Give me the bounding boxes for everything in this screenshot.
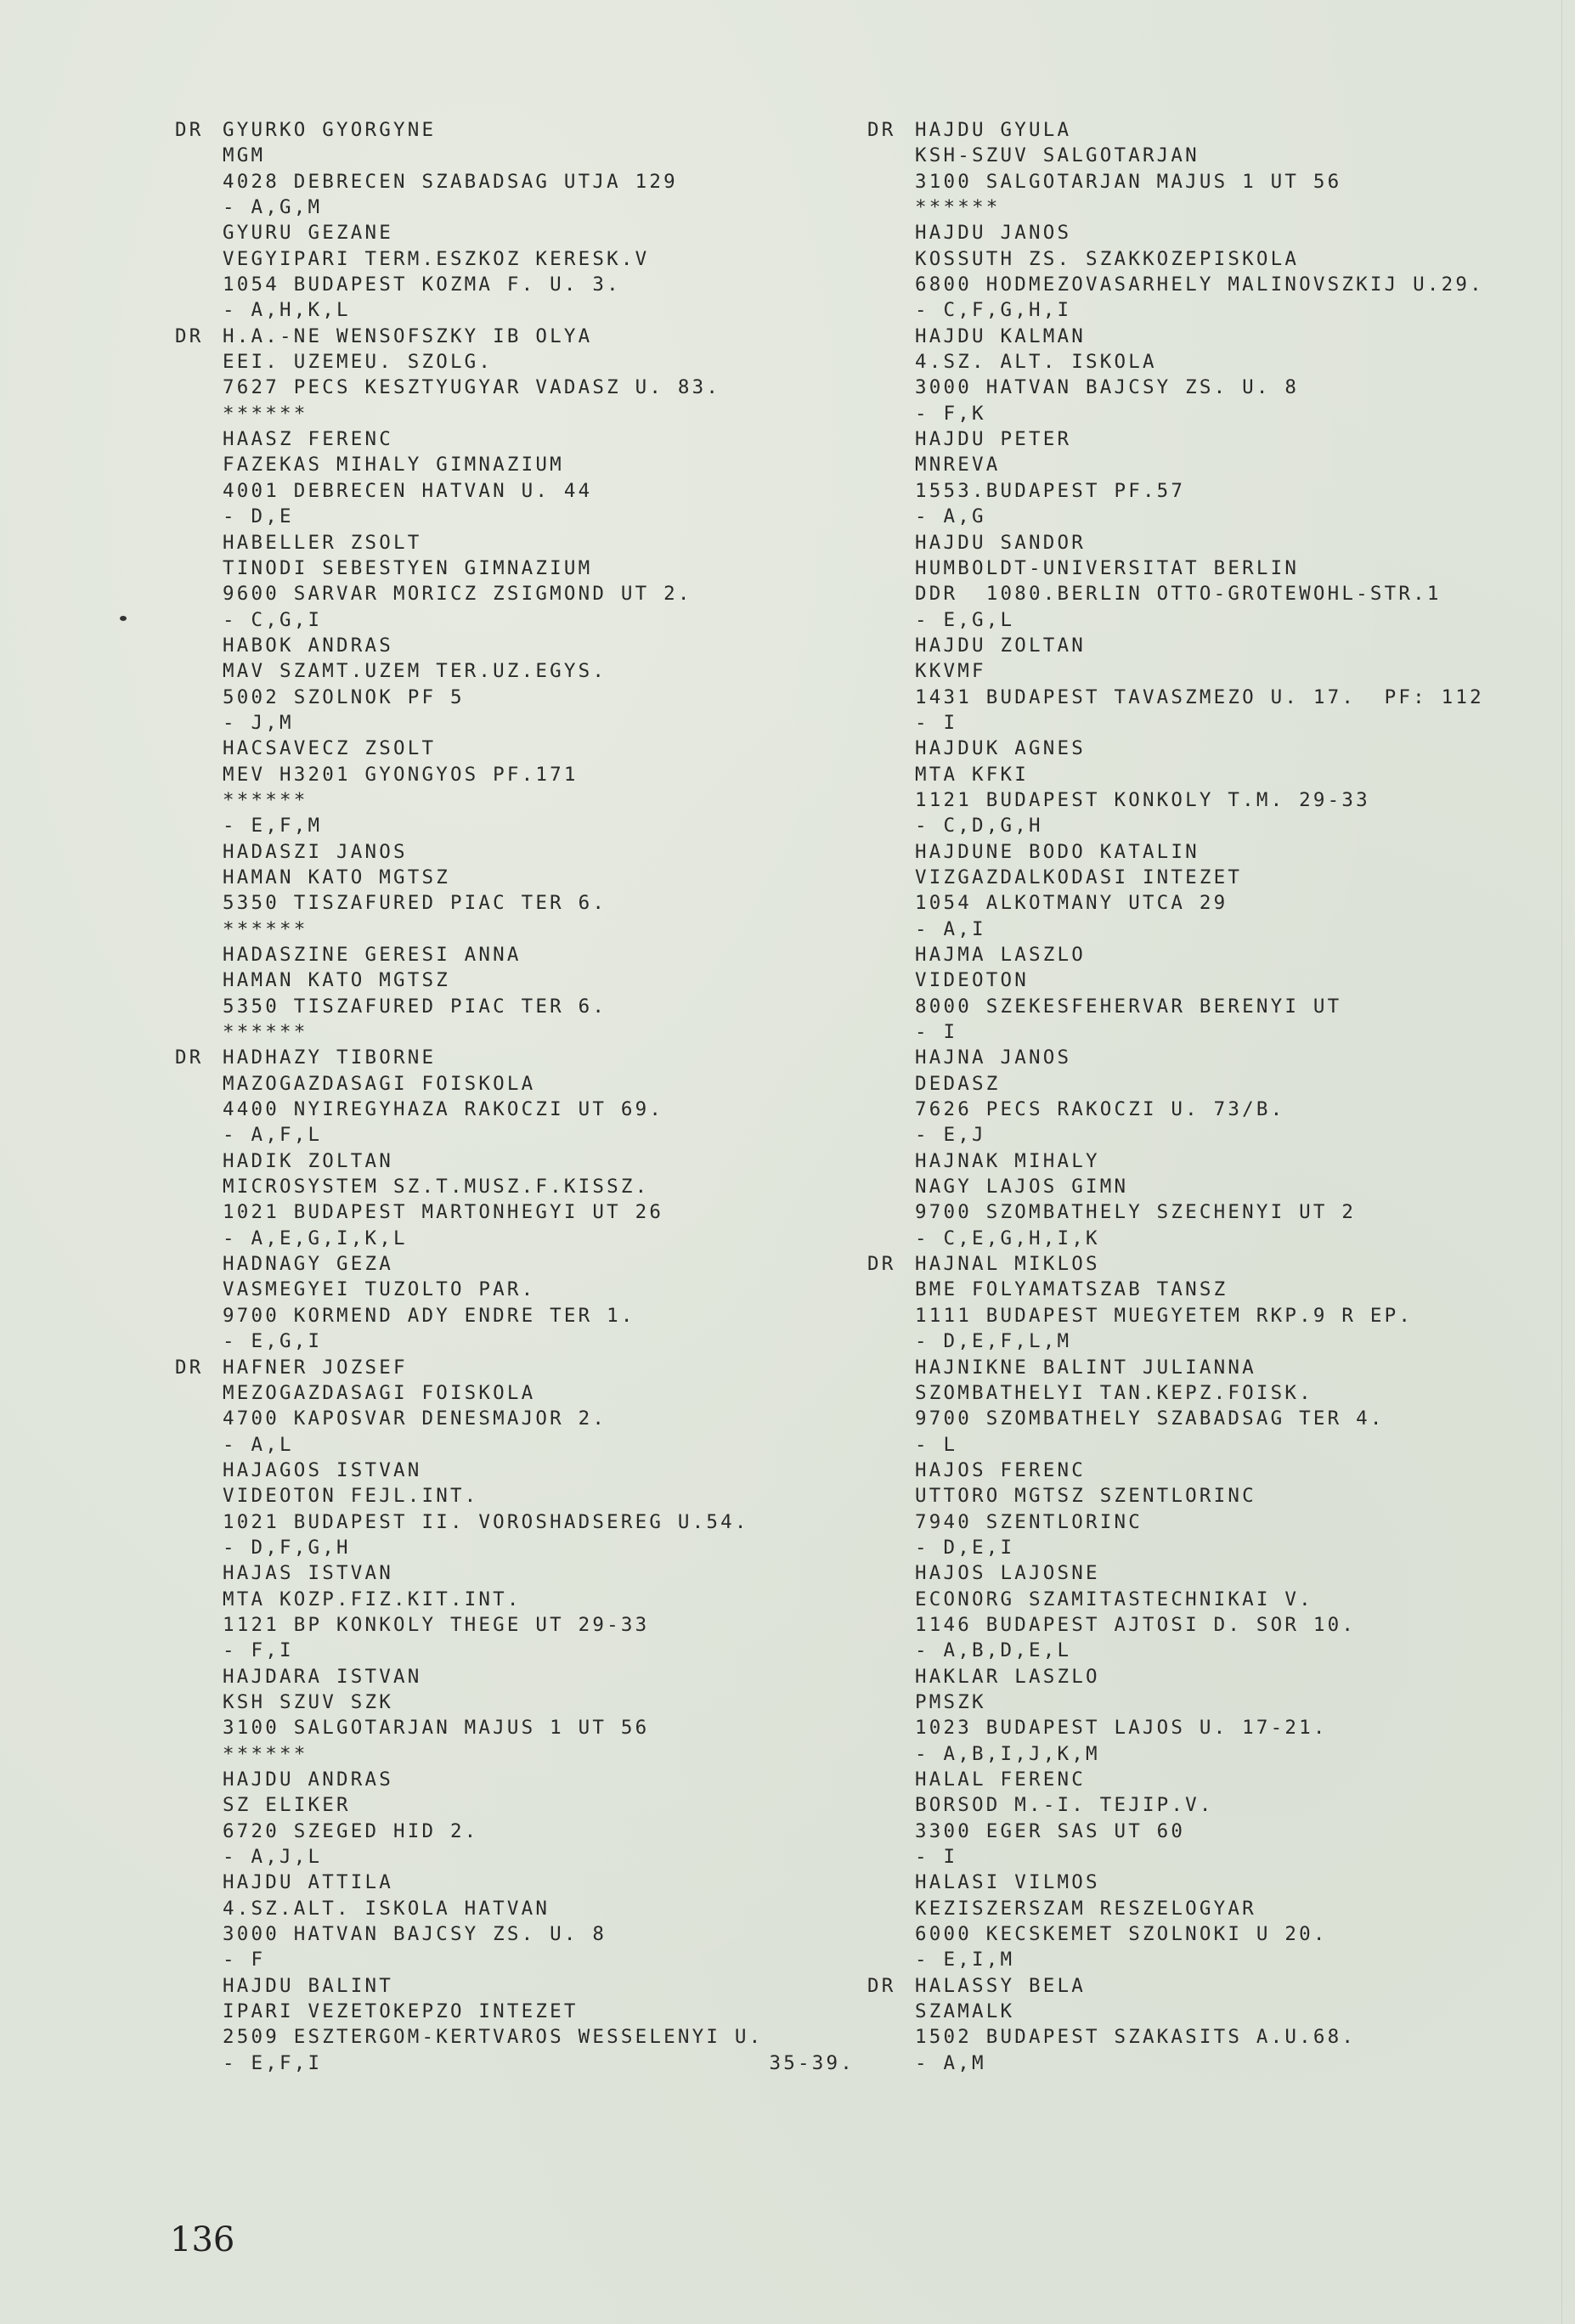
- organization: VASMEGYEI TUZOLTO PAR.: [175, 1277, 855, 1302]
- directory-entry: HADASZINE GERESI ANNAHAMAN KATO MGTSZ535…: [175, 942, 855, 1045]
- organization: VIDEOTON FEJL.INT.: [175, 1483, 855, 1509]
- organization: HAMAN KATO MGTSZ: [175, 967, 855, 993]
- entry-name: HAJDU BALINT: [175, 1973, 855, 1999]
- interest-codes: - I: [867, 1019, 1572, 1045]
- organization: TINODI SEBESTYEN GIMNAZIUM: [175, 556, 855, 581]
- interest-codes: - D,E,I: [867, 1535, 1572, 1560]
- entry-name: HAJDU PETER: [867, 426, 1572, 452]
- organization: MNREVA: [867, 452, 1572, 477]
- entry-name: HACSAVECZ ZSOLT: [175, 736, 855, 761]
- entry-name: HADIK ZOLTAN: [175, 1148, 855, 1174]
- entry-name: DRHAJDU GYULA: [867, 117, 1572, 143]
- entry-name: HAJDU KALMAN: [867, 324, 1572, 349]
- person-name: HALAL FERENC: [915, 1768, 1086, 1791]
- postal-address: 6720 SZEGED HID 2.: [175, 1819, 855, 1844]
- organization: MEV H3201 GYONGYOS PF.171: [175, 762, 855, 787]
- interest-codes: - A,M: [867, 2050, 1572, 2076]
- organization: MEZOGAZDASAGI FOISKOLA: [175, 1380, 855, 1406]
- postal-address: 4001 DEBRECEN HATVAN U. 44: [175, 478, 855, 504]
- codes-text: - D,F,G,H: [223, 1537, 351, 1559]
- codes-text: ******: [223, 403, 308, 425]
- title-prefix: DR: [175, 1045, 204, 1070]
- organization: 4.SZ.ALT. ISKOLA HATVAN: [175, 1896, 855, 1921]
- person-name: HAJDU PETER: [915, 428, 1071, 450]
- entry-name: HABOK ANDRAS: [175, 633, 855, 658]
- postal-address: 1431 BUDAPEST TAVASZMEZO U. 17. PF: 112: [867, 685, 1572, 710]
- organization: PMSZK: [867, 1689, 1572, 1715]
- interest-codes: ******: [175, 1019, 855, 1045]
- postal-address: 1054 ALKOTMANY UTCA 29: [867, 890, 1572, 916]
- postal-address: 2509 ESZTERGOM-KERTVAROS WESSELENYI U.: [175, 2024, 855, 2050]
- person-name: HADASZI JANOS: [223, 841, 408, 863]
- postal-address: 7627 PECS KESZTYUGYAR VADASZ U. 83.: [175, 375, 855, 400]
- codes-text: ******: [223, 1021, 308, 1043]
- organization: VIDEOTON: [867, 967, 1572, 993]
- codes-text: - A,H,K,L: [223, 299, 351, 321]
- person-name: HAJNA JANOS: [915, 1046, 1071, 1069]
- codes-text: - E,F,I: [223, 2052, 322, 2074]
- directory-entry: HAJDU PETERMNREVA1553.BUDAPEST PF.57- A,…: [867, 426, 1572, 529]
- postal-address: 7626 PECS RAKOCZI U. 73/B.: [867, 1097, 1572, 1122]
- codes-text: - I: [915, 712, 957, 734]
- codes-text: - J,M: [223, 712, 294, 734]
- postal-address: 1021 BUDAPEST MARTONHEGYI UT 26: [175, 1199, 855, 1225]
- entry-name: HAJNAK MIHALY: [867, 1148, 1572, 1174]
- entry-name: HAJOS FERENC: [867, 1458, 1572, 1483]
- postal-address: 5350 TISZAFURED PIAC TER 6.: [175, 994, 855, 1019]
- interest-codes: - I: [867, 710, 1572, 736]
- interest-codes: ******: [867, 195, 1572, 220]
- directory-entry: HAJDU ATTILA4.SZ.ALT. ISKOLA HATVAN3000 …: [175, 1870, 855, 1972]
- codes-text: - A,B,D,E,L: [915, 1639, 1071, 1661]
- entry-name: HAJDU ATTILA: [175, 1870, 855, 1895]
- entry-name: HAJDUK AGNES: [867, 736, 1572, 761]
- person-name: HAJDU SANDOR: [915, 532, 1086, 554]
- entry-name: DRH.A.-NE WENSOFSZKY IB OLYA: [175, 324, 855, 349]
- directory-entry: HAJNA JANOSDEDASZ7626 PECS RAKOCZI U. 73…: [867, 1045, 1572, 1148]
- entry-name: DRHADHAZY TIBORNE: [175, 1045, 855, 1070]
- interest-codes: - A,F,L: [175, 1122, 855, 1148]
- person-name: HAJDU KALMAN: [915, 325, 1086, 347]
- person-name: HAJNIKNE BALINT JULIANNA: [915, 1357, 1256, 1379]
- entry-name: HADNAGY GEZA: [175, 1251, 855, 1277]
- title-prefix: DR: [175, 117, 204, 143]
- organization: BORSOD M.-I. TEJIP.V.: [867, 1792, 1572, 1818]
- codes-text: - E,F,M: [223, 815, 322, 837]
- left-column: DRGYURKO GYORGYNEMGM4028 DEBRECEN SZABAD…: [175, 117, 855, 2076]
- directory-entry: HAJAS ISTVANMTA KOZP.FIZ.KIT.INT.1121 BP…: [175, 1560, 855, 1663]
- person-name: HAJNAK MIHALY: [915, 1150, 1100, 1172]
- codes-text: - I: [915, 1846, 957, 1868]
- organization: MAZOGAZDASAGI FOISKOLA: [175, 1071, 855, 1097]
- codes-text: - A,M: [915, 2052, 986, 2074]
- person-name: HAKLAR LASZLO: [915, 1666, 1100, 1688]
- right-column: DRHAJDU GYULAKSH-SZUV SALGOTARJAN3100 SA…: [867, 117, 1572, 2076]
- organization: KOSSUTH ZS. SZAKKOZEPISKOLA: [867, 246, 1572, 272]
- postal-address: 9700 KORMEND ADY ENDRE TER 1.: [175, 1303, 855, 1328]
- postal-address: 1054 BUDAPEST KOZMA F. U. 3.: [175, 272, 855, 297]
- organization: KEZISZERSZAM RESZELOGYAR: [867, 1896, 1572, 1921]
- codes-text: - C,G,I: [223, 609, 322, 631]
- directory-entry: HAJDUK AGNESMTA KFKI1121 BUDAPEST KONKOL…: [867, 736, 1572, 838]
- person-name: HALASI VILMOS: [915, 1871, 1100, 1893]
- directory-entry: HAJDU BALINTIPARI VEZETOKEPZO INTEZET250…: [175, 1973, 855, 2076]
- person-name: HAJDUK AGNES: [915, 737, 1086, 759]
- interest-codes: ******: [175, 1741, 855, 1767]
- postal-address: 1111 BUDAPEST MUEGYETEM RKP.9 R EP.: [867, 1303, 1572, 1328]
- directory-entry: HAASZ FERENCFAZEKAS MIHALY GIMNAZIUM4001…: [175, 426, 855, 529]
- organization: MICROSYSTEM SZ.T.MUSZ.F.KISSZ.: [175, 1174, 855, 1199]
- directory-entry: HAJDU ZOLTANKKVMF1431 BUDAPEST TAVASZMEZ…: [867, 633, 1572, 736]
- person-name: HAJAGOS ISTVAN: [223, 1459, 421, 1481]
- directory-page: DRGYURKO GYORGYNEMGM4028 DEBRECEN SZABAD…: [0, 0, 1575, 2324]
- postal-address: ******: [175, 787, 855, 813]
- organization: EEI. UZEMEU. SZOLG.: [175, 349, 855, 375]
- organization: SZAMALK: [867, 1999, 1572, 2024]
- person-name: HAJDARA ISTVAN: [223, 1666, 421, 1688]
- entry-name: HAJDUNE BODO KATALIN: [867, 839, 1572, 865]
- directory-entry: DRGYURKO GYORGYNEMGM4028 DEBRECEN SZABAD…: [175, 117, 855, 220]
- interest-codes: - C,D,G,H: [867, 813, 1572, 838]
- codes-text: - E,I,M: [915, 1949, 1014, 1971]
- person-name: HAJDU JANOS: [915, 222, 1071, 244]
- interest-codes: - C,G,I: [175, 607, 855, 633]
- person-name: HAJDU ZOLTAN: [915, 635, 1086, 657]
- entry-name: HAASZ FERENC: [175, 426, 855, 452]
- entry-name: HAJDU JANOS: [867, 220, 1572, 245]
- postal-address: 9700 SZOMBATHELY SZABADSAG TER 4.: [867, 1406, 1572, 1431]
- codes-text: - A,G,M: [223, 196, 322, 218]
- interest-codes: - F: [175, 1947, 855, 1972]
- person-name: GYURKO GYORGYNE: [223, 119, 436, 141]
- person-name: HADASZINE GERESI ANNA: [223, 944, 522, 966]
- interest-codes: ******: [175, 401, 855, 426]
- directory-entry: HAJDU SANDORHUMBOLDT-UNIVERSITAT BERLIND…: [867, 530, 1572, 633]
- codes-text: - A,L: [223, 1434, 294, 1456]
- interest-codes: - E,G,I: [175, 1328, 855, 1354]
- codes-text: - A,J,L: [223, 1846, 322, 1868]
- person-name: HAJDU BALINT: [223, 1975, 393, 1997]
- interest-codes: - E,F,I35-39.: [175, 2050, 855, 2076]
- postal-address: 5350 TISZAFURED PIAC TER 6.: [175, 890, 855, 916]
- directory-entry: DRHAJNAL MIKLOSBME FOLYAMATSZAB TANSZ111…: [867, 1251, 1572, 1354]
- entry-name: DRHAFNER JOZSEF: [175, 1355, 855, 1380]
- person-name: HAJDU ANDRAS: [223, 1768, 393, 1791]
- person-name: HAJAS ISTVAN: [223, 1562, 393, 1584]
- directory-entry: DRHADHAZY TIBORNEMAZOGAZDASAGI FOISKOLA4…: [175, 1045, 855, 1148]
- organization: BME FOLYAMATSZAB TANSZ: [867, 1277, 1572, 1302]
- codes-text: ******: [223, 1743, 308, 1765]
- entry-name: DRHAJNAL MIKLOS: [867, 1251, 1572, 1277]
- person-name: HADIK ZOLTAN: [223, 1150, 393, 1172]
- directory-entry: DRHAJDU GYULAKSH-SZUV SALGOTARJAN3100 SA…: [867, 117, 1572, 220]
- title-prefix: DR: [867, 1251, 896, 1277]
- postal-address: 9700 SZOMBATHELY SZECHENYI UT 2: [867, 1199, 1572, 1225]
- person-name: HADNAGY GEZA: [223, 1253, 393, 1275]
- postal-address: 3300 EGER SAS UT 60: [867, 1819, 1572, 1844]
- postal-address: 5002 SZOLNOK PF 5: [175, 685, 855, 710]
- postal-address: 1502 BUDAPEST SZAKASITS A.U.68.: [867, 2024, 1572, 2050]
- directory-entry: HAJOS FERENCUTTORO MGTSZ SZENTLORINC7940…: [867, 1458, 1572, 1560]
- organization: KSH-SZUV SALGOTARJAN: [867, 143, 1572, 168]
- title-prefix: DR: [867, 1973, 896, 1999]
- entry-name: HAJNIKNE BALINT JULIANNA: [867, 1355, 1572, 1380]
- postal-address: 1146 BUDAPEST AJTOSI D. SOR 10.: [867, 1612, 1572, 1638]
- codes-text: - C,D,G,H: [915, 815, 1043, 837]
- interest-codes: - D,E,F,L,M: [867, 1328, 1572, 1354]
- entry-name: DRHALASSY BELA: [867, 1973, 1572, 1999]
- postal-address: 3000 HATVAN BAJCSY ZS. U. 8: [867, 375, 1572, 400]
- organization: VEGYIPARI TERM.ESZKOZ KERESK.V: [175, 246, 855, 272]
- directory-entry: DRHAFNER JOZSEFMEZOGAZDASAGI FOISKOLA470…: [175, 1355, 855, 1458]
- organization: UTTORO MGTSZ SZENTLORINC: [867, 1483, 1572, 1509]
- postal-address: 3100 SALGOTARJAN MAJUS 1 UT 56: [175, 1715, 855, 1740]
- interest-codes: - A,G: [867, 504, 1572, 529]
- person-name: HACSAVECZ ZSOLT: [223, 737, 436, 759]
- organization: SZOMBATHELYI TAN.KEPZ.FOISK.: [867, 1380, 1572, 1406]
- directory-entry: DRHALASSY BELASZAMALK1502 BUDAPEST SZAKA…: [867, 1973, 1572, 2076]
- interest-codes: - J,M: [175, 710, 855, 736]
- postal-address: 6800 HODMEZOVASARHELY MALINOVSZKIJ U.29.: [867, 272, 1572, 297]
- person-name: HADHAZY TIBORNE: [223, 1046, 436, 1069]
- interest-codes: - F,I: [175, 1638, 855, 1663]
- organization: KSH SZUV SZK: [175, 1689, 855, 1715]
- interest-codes: - A,B,D,E,L: [867, 1638, 1572, 1663]
- entry-name: HAJNA JANOS: [867, 1045, 1572, 1070]
- interest-codes: - A,L: [175, 1432, 855, 1458]
- postal-address: 9600 SARVAR MORICZ ZSIGMOND UT 2.: [175, 581, 855, 606]
- codes-text: - F,I: [223, 1639, 294, 1661]
- organization: ECONORG SZAMITASTECHNIKAI V.: [867, 1587, 1572, 1612]
- interest-codes: - D,F,G,H: [175, 1535, 855, 1560]
- interest-codes: - I: [867, 1844, 1572, 1870]
- interest-codes: - A,I: [867, 917, 1572, 942]
- organization: MTA KFKI: [867, 762, 1572, 787]
- entry-name: HAJMA LASZLO: [867, 942, 1572, 967]
- entry-name: HALAL FERENC: [867, 1767, 1572, 1792]
- codes-text: - D,E,I: [915, 1537, 1014, 1559]
- codes-text: - A,G: [915, 505, 986, 527]
- codes-text: - F,K: [915, 403, 986, 425]
- person-name: HAJOS FERENC: [915, 1459, 1086, 1481]
- directory-entry: HAJNAK MIHALYNAGY LAJOS GIMN9700 SZOMBAT…: [867, 1148, 1572, 1251]
- directory-entry: HAJNIKNE BALINT JULIANNASZOMBATHELYI TAN…: [867, 1355, 1572, 1458]
- ink-mark: [120, 616, 127, 621]
- directory-entry: HAJDUNE BODO KATALINVIZGAZDALKODASI INTE…: [867, 839, 1572, 942]
- title-prefix: DR: [175, 1355, 204, 1380]
- entry-name: HAJAS ISTVAN: [175, 1560, 855, 1586]
- person-name: HABOK ANDRAS: [223, 635, 393, 657]
- organization: MTA KOZP.FIZ.KIT.INT.: [175, 1587, 855, 1612]
- organization: HAMAN KATO MGTSZ: [175, 865, 855, 890]
- entry-name: DRGYURKO GYORGYNE: [175, 117, 855, 143]
- directory-entry: HACSAVECZ ZSOLTMEV H3201 GYONGYOS PF.171…: [175, 736, 855, 838]
- person-name: HAJOS LAJOSNE: [915, 1562, 1100, 1584]
- interest-codes: - A,E,G,I,K,L: [175, 1226, 855, 1251]
- directory-entry: HAJAGOS ISTVANVIDEOTON FEJL.INT.1021 BUD…: [175, 1458, 855, 1560]
- codes-text: - L: [915, 1434, 957, 1456]
- interest-codes: - E,J: [867, 1122, 1572, 1148]
- organization: NAGY LAJOS GIMN: [867, 1174, 1572, 1199]
- interest-codes: - A,G,M: [175, 195, 855, 220]
- directory-entry: HAJDU KALMAN4.SZ. ALT. ISKOLA3000 HATVAN…: [867, 324, 1572, 426]
- person-name: HABELLER ZSOLT: [223, 532, 421, 554]
- codes-text: - F: [223, 1949, 265, 1971]
- organization: DEDASZ: [867, 1071, 1572, 1097]
- directory-entry: HAKLAR LASZLOPMSZK1023 BUDAPEST LAJOS U.…: [867, 1664, 1572, 1767]
- codes-text: - I: [915, 1021, 957, 1043]
- interest-codes: - A,H,K,L: [175, 297, 855, 323]
- person-name: HAJDU GYULA: [915, 119, 1071, 141]
- organization: MAV SZAMT.UZEM TER.UZ.EGYS.: [175, 658, 855, 684]
- entry-name: HADASZINE GERESI ANNA: [175, 942, 855, 967]
- interest-codes: - E,I,M: [867, 1947, 1572, 1972]
- postal-address: 3000 HATVAN BAJCSY ZS. U. 8: [175, 1921, 855, 1947]
- organization: 4.SZ. ALT. ISKOLA: [867, 349, 1572, 375]
- codes-text: - C,E,G,H,I,K: [915, 1227, 1100, 1249]
- organization: MGM: [175, 143, 855, 168]
- interest-codes: - C,F,G,H,I: [867, 297, 1572, 323]
- interest-codes: - E,F,M: [175, 813, 855, 838]
- postal-address: 8000 SZEKESFEHERVAR BERENYI UT: [867, 994, 1572, 1019]
- entry-name: HAJDU SANDOR: [867, 530, 1572, 556]
- codes-text: - E,G,L: [915, 609, 1014, 631]
- entry-name: HAJDU ANDRAS: [175, 1767, 855, 1792]
- directory-entry: HADNAGY GEZAVASMEGYEI TUZOLTO PAR.9700 K…: [175, 1251, 855, 1354]
- directory-entry: HAJDARA ISTVANKSH SZUV SZK3100 SALGOTARJ…: [175, 1664, 855, 1767]
- person-name: GYURU GEZANE: [223, 222, 393, 244]
- codes-text: ******: [223, 918, 308, 940]
- person-name: HAJDU ATTILA: [223, 1871, 393, 1893]
- entry-name: GYURU GEZANE: [175, 220, 855, 245]
- entry-name: HAJDU ZOLTAN: [867, 633, 1572, 658]
- directory-entry: HAJMA LASZLOVIDEOTON8000 SZEKESFEHERVAR …: [867, 942, 1572, 1045]
- postal-address: 4700 KAPOSVAR DENESMAJOR 2.: [175, 1406, 855, 1431]
- directory-entry: HADIK ZOLTANMICROSYSTEM SZ.T.MUSZ.F.KISS…: [175, 1148, 855, 1251]
- directory-entry: GYURU GEZANEVEGYIPARI TERM.ESZKOZ KERESK…: [175, 220, 855, 323]
- interest-codes: - E,G,L: [867, 607, 1572, 633]
- interest-codes: ******: [175, 917, 855, 942]
- person-name: HAJNAL MIKLOS: [915, 1253, 1100, 1275]
- directory-entry: HAJDU ANDRASSZ ELIKER6720 SZEGED HID 2.-…: [175, 1767, 855, 1870]
- organization: IPARI VEZETOKEPZO INTEZET: [175, 1999, 855, 2024]
- codes-text: - D,E,F,L,M: [915, 1330, 1071, 1352]
- entry-name: HADASZI JANOS: [175, 839, 855, 865]
- organization: VIZGAZDALKODASI INTEZET: [867, 865, 1572, 890]
- directory-entry: HADASZI JANOSHAMAN KATO MGTSZ5350 TISZAF…: [175, 839, 855, 942]
- directory-entry: HABOK ANDRASMAV SZAMT.UZEM TER.UZ.EGYS.5…: [175, 633, 855, 736]
- organization: FAZEKAS MIHALY GIMNAZIUM: [175, 452, 855, 477]
- title-prefix: DR: [175, 324, 204, 349]
- codes-text: ******: [915, 196, 1000, 218]
- postal-address: 3100 SALGOTARJAN MAJUS 1 UT 56: [867, 169, 1572, 195]
- codes-text: - A,F,L: [223, 1124, 322, 1146]
- interest-codes: - D,E: [175, 504, 855, 529]
- postal-address: 1121 BUDAPEST KONKOLY T.M. 29-33: [867, 787, 1572, 813]
- entry-name: HAJAGOS ISTVAN: [175, 1458, 855, 1483]
- interest-codes: - A,B,I,J,K,M: [867, 1741, 1572, 1767]
- organization: HUMBOLDT-UNIVERSITAT BERLIN: [867, 556, 1572, 581]
- postal-address: 1121 BP KONKOLY THEGE UT 29-33: [175, 1612, 855, 1638]
- directory-entry: HABELLER ZSOLTTINODI SEBESTYEN GIMNAZIUM…: [175, 530, 855, 633]
- person-name: HAFNER JOZSEF: [223, 1357, 408, 1379]
- postal-address: 1023 BUDAPEST LAJOS U. 17-21.: [867, 1715, 1572, 1740]
- codes-text: - A,I: [915, 918, 986, 940]
- codes-text: - A,E,G,I,K,L: [223, 1227, 408, 1249]
- directory-entry: DRH.A.-NE WENSOFSZKY IB OLYAEEI. UZEMEU.…: [175, 324, 855, 426]
- person-name: HALASSY BELA: [915, 1975, 1086, 1997]
- title-prefix: DR: [867, 117, 896, 143]
- codes-text: - E,G,I: [223, 1330, 322, 1352]
- postal-address: 4028 DEBRECEN SZABADSAG UTJA 129: [175, 169, 855, 195]
- interest-codes: - C,E,G,H,I,K: [867, 1226, 1572, 1251]
- directory-entry: HALASI VILMOSKEZISZERSZAM RESZELOGYAR600…: [867, 1870, 1572, 1972]
- postal-address: DDR 1080.BERLIN OTTO-GROTEWOHL-STR.1: [867, 581, 1572, 606]
- directory-entry: HAJDU JANOSKOSSUTH ZS. SZAKKOZEPISKOLA68…: [867, 220, 1572, 323]
- person-name: HAASZ FERENC: [223, 428, 393, 450]
- codes-text: - D,E: [223, 505, 294, 527]
- entry-name: HAJDARA ISTVAN: [175, 1664, 855, 1689]
- entry-name: HAKLAR LASZLO: [867, 1664, 1572, 1689]
- postal-address: 4400 NYIREGYHAZA RAKOCZI UT 69.: [175, 1097, 855, 1122]
- codes-text: - E,J: [915, 1124, 986, 1146]
- postal-address: 1553.BUDAPEST PF.57: [867, 478, 1572, 504]
- postal-address: 7940 SZENTLORINC: [867, 1509, 1572, 1535]
- person-name: HAJMA LASZLO: [915, 944, 1086, 966]
- entry-name: HAJOS LAJOSNE: [867, 1560, 1572, 1586]
- postal-address: 6000 KECSKEMET SZOLNOKI U 20.: [867, 1921, 1572, 1947]
- interest-codes: - A,J,L: [175, 1844, 855, 1870]
- organization: KKVMF: [867, 658, 1572, 684]
- codes-text: - C,F,G,H,I: [915, 299, 1071, 321]
- directory-entry: HALAL FERENCBORSOD M.-I. TEJIP.V.3300 EG…: [867, 1767, 1572, 1870]
- postal-address: 1021 BUDAPEST II. VOROSHADSEREG U.54.: [175, 1509, 855, 1535]
- person-name: H.A.-NE WENSOFSZKY IB OLYA: [223, 325, 592, 347]
- directory-entry: HAJOS LAJOSNEECONORG SZAMITASTECHNIKAI V…: [867, 1560, 1572, 1663]
- interest-codes: - L: [867, 1432, 1572, 1458]
- organization: SZ ELIKER: [175, 1792, 855, 1818]
- page-number: 136: [170, 2220, 234, 2259]
- interest-codes: - F,K: [867, 401, 1572, 426]
- entry-name: HABELLER ZSOLT: [175, 530, 855, 556]
- address-continuation: 35-39.: [770, 2050, 855, 2076]
- person-name: HAJDUNE BODO KATALIN: [915, 841, 1200, 863]
- entry-name: HALASI VILMOS: [867, 1870, 1572, 1895]
- codes-text: - A,B,I,J,K,M: [915, 1743, 1100, 1765]
